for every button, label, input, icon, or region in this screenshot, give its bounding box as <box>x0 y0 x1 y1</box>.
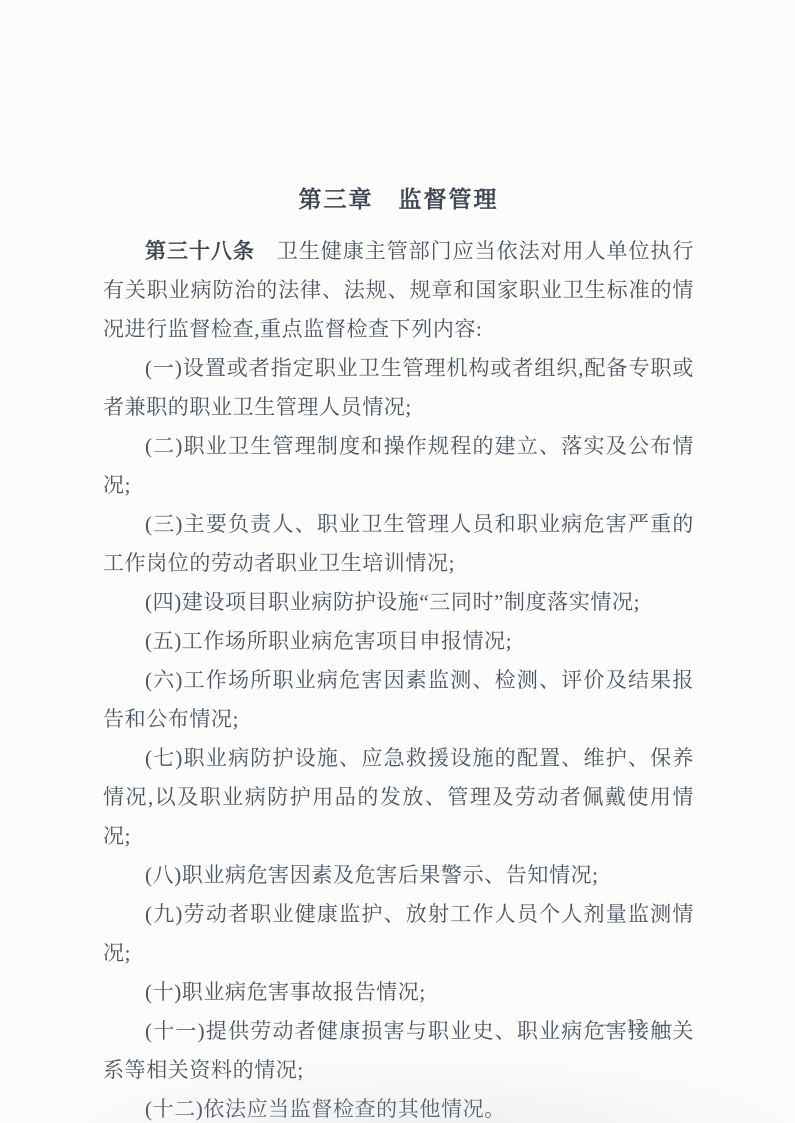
article-paragraph: 第三十八条 卫生健康主管部门应当依法对用人单位执行有关职业病防治的法律、法规、规… <box>103 232 694 349</box>
list-item-5: (五)工作场所职业病危害项目申报情况; <box>103 622 694 661</box>
chapter-title: 第三章 监督管理 <box>103 186 694 214</box>
list-item-3: (三)主要负责人、职业卫生管理人员和职业病危害严重的工作岗位的劳动者职业卫生培训… <box>103 505 694 583</box>
article-number-label: 第三十八条 <box>145 239 255 263</box>
page-number-value: 13 <box>626 1015 645 1035</box>
list-item-8: (八)职业病危害因素及危害后果警示、告知情况; <box>103 856 694 895</box>
list-item-4: (四)建设项目职业病防护设施“三同时”制度落实情况; <box>103 583 694 622</box>
list-item-12: (十二)依法应当监督检查的其他情况。 <box>103 1090 694 1123</box>
list-item-1: (一)设置或者指定职业卫生管理机构或者组织,配备专职或者兼职的职业卫生管理人员情… <box>103 349 694 427</box>
list-item-6: (六)工作场所职业病危害因素监测、检测、评价及结果报告和公布情况; <box>103 661 694 739</box>
list-item-9: (九)劳动者职业健康监护、放射工作人员个人剂量监测情况; <box>103 895 694 973</box>
list-item-7: (七)职业病防护设施、应急救援设施的配置、维护、保养情况,以及职业病防护用品的发… <box>103 739 694 856</box>
list-item-10: (十)职业病危害事故报告情况; <box>103 973 694 1012</box>
page-number-right-dash: — <box>656 1016 673 1034</box>
list-item-2: (二)职业卫生管理制度和操作规程的建立、落实及公布情况; <box>103 427 694 505</box>
document-page: 第三章 监督管理 第三十八条 卫生健康主管部门应当依法对用人单位执行有关职业病防… <box>0 0 795 1123</box>
page-number: — 13 — <box>598 1015 673 1035</box>
page-number-left-dash: — <box>598 1016 615 1034</box>
document-content: 第三章 监督管理 第三十八条 卫生健康主管部门应当依法对用人单位执行有关职业病防… <box>103 186 694 1123</box>
